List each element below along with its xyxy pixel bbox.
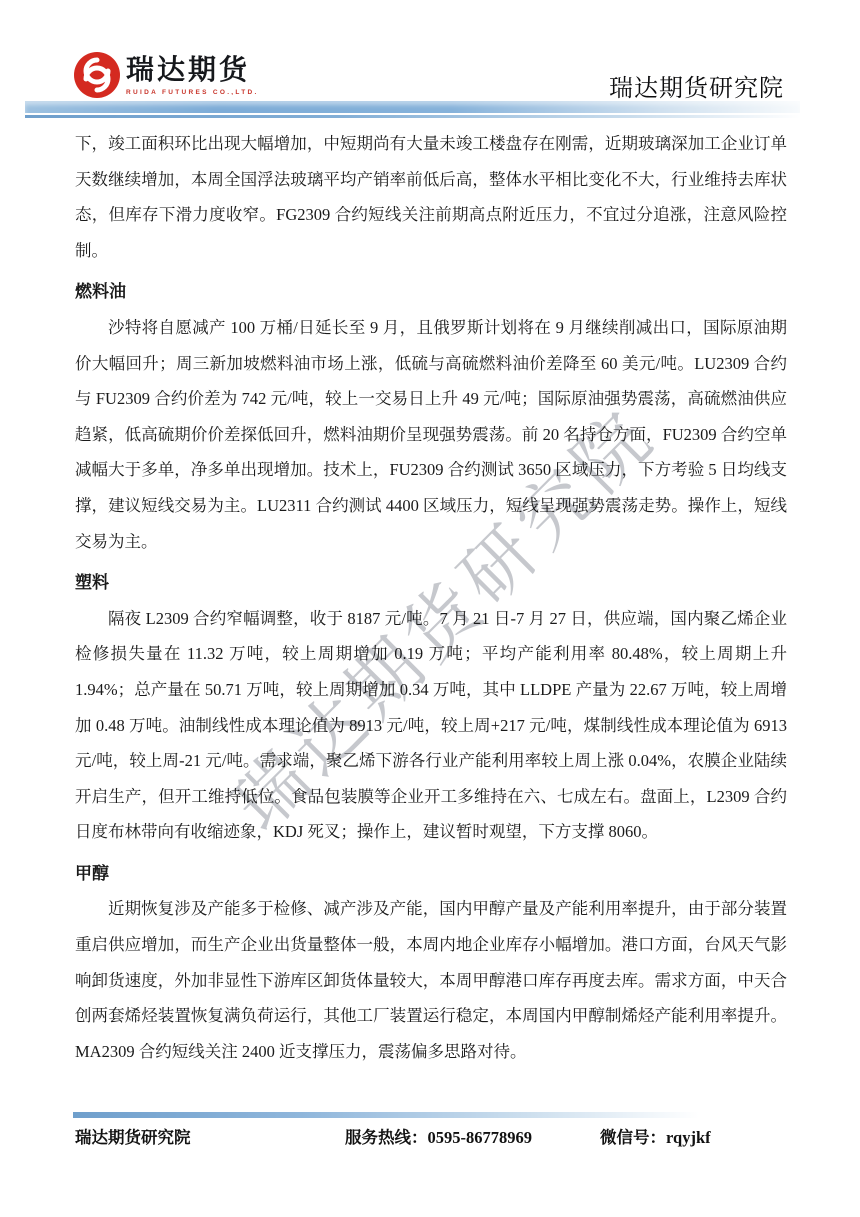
header-divider-bar	[25, 101, 800, 118]
report-body: 下，竣工面积环比出现大幅增加，中短期尚有大量未竣工楼盘存在刚需，近期玻璃深加工企…	[75, 126, 787, 1069]
footer-wechat-label: 微信号：	[600, 1128, 666, 1147]
brand-name: 瑞达期货	[126, 53, 259, 87]
brand-subtitle: RUIDA FUTURES CO.,LTD.	[126, 89, 259, 96]
ruida-logo-icon	[73, 50, 121, 100]
header-logo: 瑞达期货 RUIDA FUTURES CO.,LTD.	[73, 50, 259, 100]
footer-wechat-id: rqyjkf	[666, 1128, 711, 1147]
paragraph-glass-continued: 下，竣工面积环比出现大幅增加，中短期尚有大量未竣工楼盘存在刚需，近期玻璃深加工企…	[75, 126, 787, 268]
footer-hotline: 服务热线：0595-86778969	[345, 1124, 532, 1148]
footer-org: 瑞达期货研究院	[75, 1124, 191, 1148]
section-heading-plastics: 塑料	[75, 565, 787, 601]
footer-wechat: 微信号：rqyjkf	[600, 1124, 711, 1148]
footer-divider-bar	[73, 1112, 725, 1118]
paragraph-methanol: 近期恢复涉及产能多于检修、减产涉及产能，国内甲醇产量及产能利用率提升，由于部分装…	[75, 891, 787, 1069]
section-heading-methanol: 甲醇	[75, 856, 787, 892]
footer-hotline-label: 服务热线：	[345, 1128, 428, 1147]
section-heading-fuel-oil: 燃料油	[75, 274, 787, 310]
page-title: 瑞达期货研究院	[609, 68, 784, 103]
header-divider-line	[25, 115, 800, 118]
paragraph-plastics: 隔夜 L2309 合约窄幅调整，收于 8187 元/吨。7 月 21 日-7 月…	[75, 601, 787, 850]
header-divider-band	[25, 101, 800, 113]
footer-hotline-number: 0595-86778969	[428, 1128, 533, 1147]
footer: 瑞达期货研究院 服务热线：0595-86778969 微信号：rqyjkf	[75, 1124, 787, 1148]
paragraph-fuel-oil: 沙特将自愿减产 100 万桶/日延长至 9 月，且俄罗斯计划将在 9 月继续削减…	[75, 310, 787, 559]
